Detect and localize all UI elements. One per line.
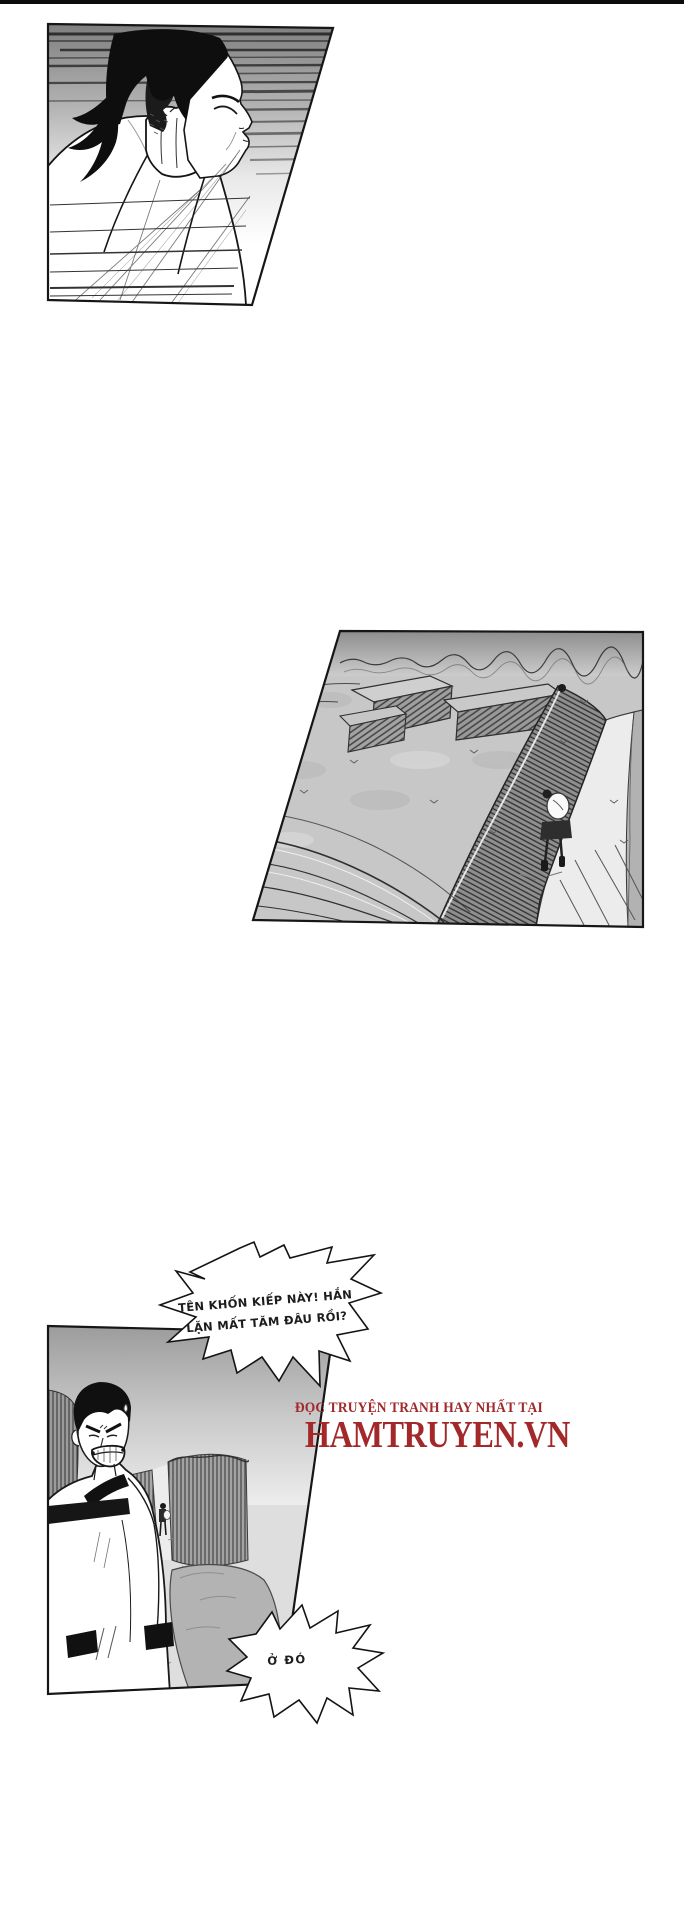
- panel-top-art: [48, 24, 338, 308]
- watermark-site-name: HAMTRUYEN.VN: [305, 1418, 519, 1452]
- speech-line: Ở ĐÓ: [267, 1652, 307, 1668]
- watermark: ĐỌC TRUYỆN TRANH HAY NHẤT TẠI HAMTRUYEN.…: [286, 1400, 538, 1452]
- comic-page: TÊN KHỐN KIẾP NÀY! HẮN LẶN MẤT TĂM ĐÂU R…: [0, 0, 691, 1930]
- panel-middle-art: [250, 631, 645, 929]
- comic-artwork: [0, 0, 691, 1930]
